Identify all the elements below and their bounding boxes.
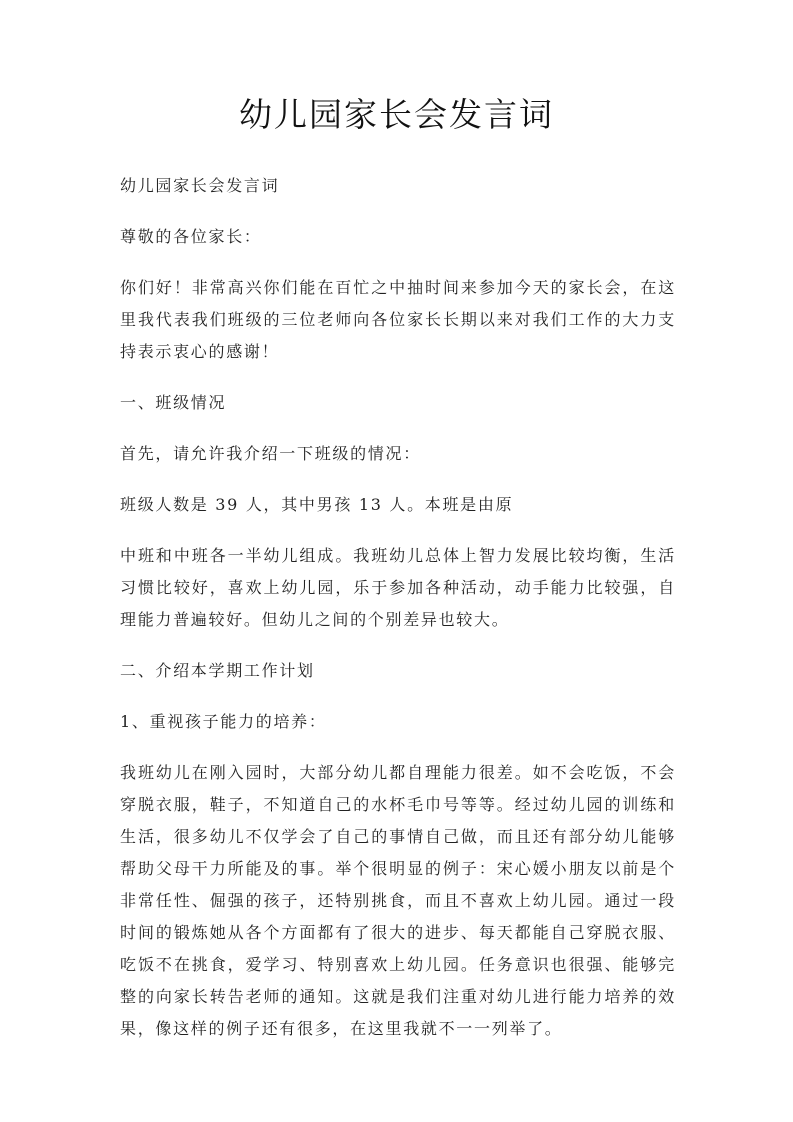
salutation-paragraph: 尊敬的各位家长：	[120, 221, 676, 253]
ability-paragraph: 我班幼儿在刚入园时，大部分幼儿都自理能力很差。如不会吃饭，不会穿脱衣服，鞋子，不…	[120, 757, 676, 1045]
subsection-heading-ability: 1、重视孩子能力的培养：	[120, 706, 676, 738]
subtitle-paragraph: 幼儿园家长会发言词	[120, 170, 676, 202]
document-page: 幼儿园家长会发言词 幼儿园家长会发言词 尊敬的各位家长： 你们好！非常高兴你们能…	[0, 0, 793, 1122]
section-heading-class-situation: 一、班级情况	[120, 387, 676, 419]
class-description-paragraph: 中班和中班各一半幼儿组成。我班幼儿总体上智力发展比较均衡，生活习惯比较好，喜欢上…	[120, 540, 676, 636]
document-title: 幼儿园家长会发言词	[0, 92, 793, 138]
class-size-paragraph: 班级人数是 39 人，其中男孩 13 人。本班是由原	[120, 489, 676, 521]
section-heading-work-plan: 二、介绍本学期工作计划	[120, 655, 676, 687]
intro-paragraph: 首先，请允许我介绍一下班级的情况：	[120, 438, 676, 470]
greeting-paragraph: 你们好！非常高兴你们能在百忙之中抽时间来参加今天的家长会，在这里我代表我们班级的…	[120, 272, 676, 368]
document-body: 幼儿园家长会发言词 尊敬的各位家长： 你们好！非常高兴你们能在百忙之中抽时间来参…	[120, 170, 676, 1064]
